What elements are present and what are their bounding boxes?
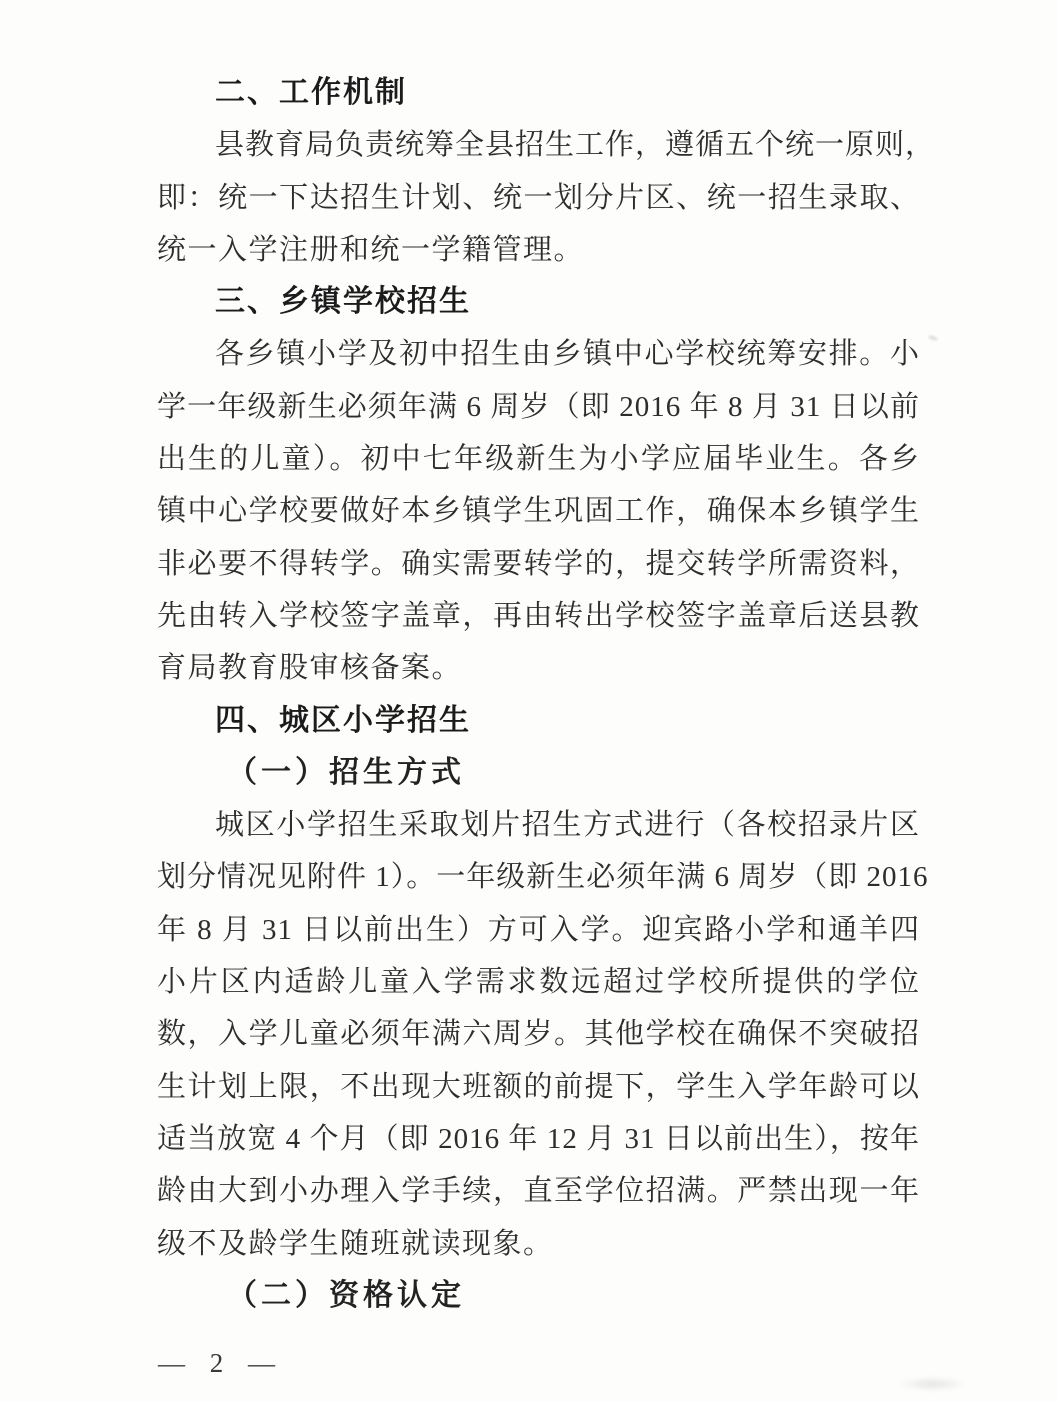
sub-heading: （二）资格认定 [157,1270,920,1322]
body-line: 县教育局负责统筹全县招生工作，遵循五个统一原则， [157,119,920,171]
body-line: 级不及龄学生随班就读现象。 [157,1218,920,1270]
body-line: 先由转入学校签字盖章，再由转出学校签字盖章后送县教 [157,590,920,642]
body-line: 小片区内适龄儿童入学需求数远超过学校所提供的学位 [157,956,920,1008]
body-line: 生计划上限，不出现大班额的前提下，学生入学年龄可以 [157,1061,920,1113]
document-body: 二、工作机制县教育局负责统筹全县招生工作，遵循五个统一原则，即：统一下达招生计划… [157,67,920,1322]
sub-heading: （一）招生方式 [157,747,920,799]
section-heading: 四、城区小学招生 [157,695,920,747]
body-line: 统一入学注册和统一学籍管理。 [157,224,920,276]
body-line: 年 8 月 31 日以前出生）方可入学。迎宾路小学和通羊四 [157,904,920,956]
section-heading: 三、乡镇学校招生 [157,276,920,328]
body-line: 划分情况见附件 1）。一年级新生必须年满 6 周岁（即 2016 [157,851,920,903]
scan-artifact [928,334,939,341]
body-line: 数，入学儿童必须年满六周岁。其他学校在确保不突破招 [157,1008,920,1060]
page-number: — 2 — [158,1348,284,1379]
body-line: 育局教育股审核备案。 [157,642,920,694]
body-line: 城区小学招生采取划片招生方式进行（各校招录片区 [157,799,920,851]
body-line: 学一年级新生必须年满 6 周岁（即 2016 年 8 月 31 日以前 [157,381,920,433]
body-line: 适当放宽 4 个月（即 2016 年 12 月 31 日以前出生），按年 [157,1113,920,1165]
body-line: 各乡镇小学及初中招生由乡镇中心学校统筹安排。小 [157,328,920,380]
document-page: 二、工作机制县教育局负责统筹全县招生工作，遵循五个统一原则，即：统一下达招生计划… [0,0,1058,1402]
body-line: 镇中心学校要做好本乡镇学生巩固工作，确保本乡镇学生 [157,485,920,537]
scan-smudge [898,1376,968,1392]
body-line: 出生的儿童）。初中七年级新生为小学应届毕业生。各乡 [157,433,920,485]
body-line: 龄由大到小办理入学手续，直至学位招满。严禁出现一年 [157,1165,920,1217]
body-line: 即：统一下达招生计划、统一划分片区、统一招生录取、 [157,172,920,224]
section-heading: 二、工作机制 [157,67,920,119]
body-line: 非必要不得转学。确实需要转学的，提交转学所需资料， [157,538,920,590]
